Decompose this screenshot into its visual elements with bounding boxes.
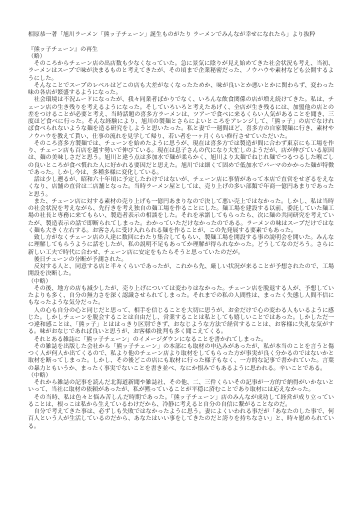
omission-note: （中略） <box>28 373 334 380</box>
paragraph: その後、地方の店も減少したが、売り上げについては変わりはなかった。チェーン店を脱… <box>28 286 334 308</box>
paragraph: そのころ喜多方製麺では、チェーンを始めたように思うが、現在は喜多方では製造が間に… <box>28 141 334 177</box>
paragraph: 後日チェーンの分断が予測された。 <box>28 257 334 264</box>
paragraph: そんなことでスープのレベルはどこの店も大差がなくなったためか、味が良いとか悪いと… <box>28 83 334 98</box>
paragraph: 致し方がなくチェーン店の人達に数回にわたり集合してもらい、製麺工場を開設する事の… <box>28 235 334 257</box>
paragraph: その雑誌を出版した会社から「熊ッ子チェーン」の本部にも取材の申込みがあったが、私… <box>28 344 334 373</box>
paragraph: その当時、私は色々と悩み苦しんだ時期であった。「熊ッ子チェーン」店のみんなが成功… <box>28 395 334 410</box>
paragraph: 社会環境は不況ムードになったが、我々同業者ばかりでなく、いろんな飲食関係の店が増… <box>28 97 334 141</box>
document-body: 相原恭一著「旭川ラーメン「熊ッ子チェーン」誕生ものがたり ラーメンでみんなが幸せ… <box>28 32 334 431</box>
omission-note: （中略） <box>28 279 334 286</box>
paragraph: また、チェーン店に対する素材の売り上げも一億円あまりなので決して悪い売上ではなか… <box>28 199 334 235</box>
paragraph: それから雑誌の記事を読んだ北海道新聞や雑誌社、その他、二、三件くらいその記事が一… <box>28 380 334 395</box>
paragraph: 反対する人と、同意する店と半々くらいであったが、これから先、厳しい状況が来ること… <box>28 264 334 279</box>
paragraph: そのころからチェーン店の出店数も少なくなっていた。急に景気に陰りが見え始めてきた… <box>28 61 334 83</box>
paragraph: 話は少し遡るが、昭和六十年頃に予定したわけではないが、チェーン店に事情があって本… <box>28 177 334 199</box>
paragraph: 自分で考えてきた事は、必ずしも失敗ではなかったように思う。妻によくいわれる事だが… <box>28 409 334 431</box>
source-citation: 相原恭一著「旭川ラーメン「熊ッ子チェーン」誕生ものがたり ラーメンでみんなが幸せ… <box>28 32 334 39</box>
paragraph: それとある雑誌に「熊ッ子チェーン」のイメージダウンになることを書かれてしまった。 <box>28 337 334 344</box>
section-title: 『熊ッ子チェーン』の再生 <box>28 47 334 54</box>
omission-note: （略） <box>28 54 334 61</box>
paragraph: 人の心も自分の心と同じだと思って、相手を信じることを大切に思うが、お金だけで心の… <box>28 308 334 337</box>
document-page: 相原恭一著「旭川ラーメン「熊ッ子チェーン」誕生ものがたり ラーメンでみんなが幸せ… <box>0 0 360 509</box>
